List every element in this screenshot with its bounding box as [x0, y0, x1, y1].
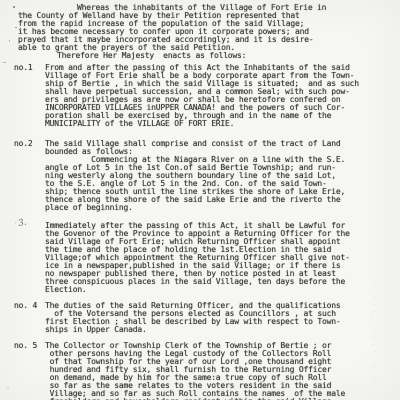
enacting-clause: Therefore Her Majesty enacts as follows:	[18, 52, 400, 60]
section-text: The duties of the said Returning Officer…	[45, 302, 400, 334]
section-text: Immediately after the passing of this Ac…	[45, 222, 400, 294]
section-number: no.1	[14, 64, 45, 72]
ink-speck	[9, 40, 10, 42]
section-text: From and after the passing of this Act t…	[45, 64, 400, 128]
section-number: no. 4	[14, 302, 45, 310]
section-number: no. 5	[14, 342, 45, 350]
ink-speck	[27, 33, 28, 34]
ink-speck	[7, 387, 9, 388]
section-number: no.2	[14, 140, 45, 148]
document-page: Whereas the inhabitants of the Village o…	[0, 0, 400, 400]
ink-speck	[13, 6, 15, 8]
section-row: no. 4The duties of the said Returning Of…	[14, 302, 400, 334]
section-row: 3.Immediately after the passing of this …	[14, 222, 400, 294]
bleed-through-marks: ; , ' : . ,, ' ; . ' , : ; ' , . ; ' , .…	[371, 282, 376, 400]
section-text: The Collector or Township Clerk of the T…	[45, 342, 400, 400]
ink-speck	[3, 62, 6, 63]
section-row: no.2The said Village shall comprise and …	[14, 140, 400, 212]
section-row: no.1From and after the passing of this A…	[14, 64, 400, 128]
ink-speck	[22, 13, 23, 15]
preamble: Whereas the inhabitants of the Village o…	[18, 4, 400, 60]
ink-speck	[31, 17, 32, 18]
section-row: no. 5The Collector or Township Clerk of …	[14, 342, 400, 400]
sections: no.1From and after the passing of this A…	[14, 64, 400, 400]
ink-speck	[36, 30, 37, 31]
section-number-handwritten: 3.	[16, 214, 48, 229]
ink-speck	[15, 27, 17, 28]
preamble-body: the County of Welland have by their Peti…	[18, 12, 400, 52]
section-text: The said Village shall comprise and cons…	[45, 140, 400, 212]
